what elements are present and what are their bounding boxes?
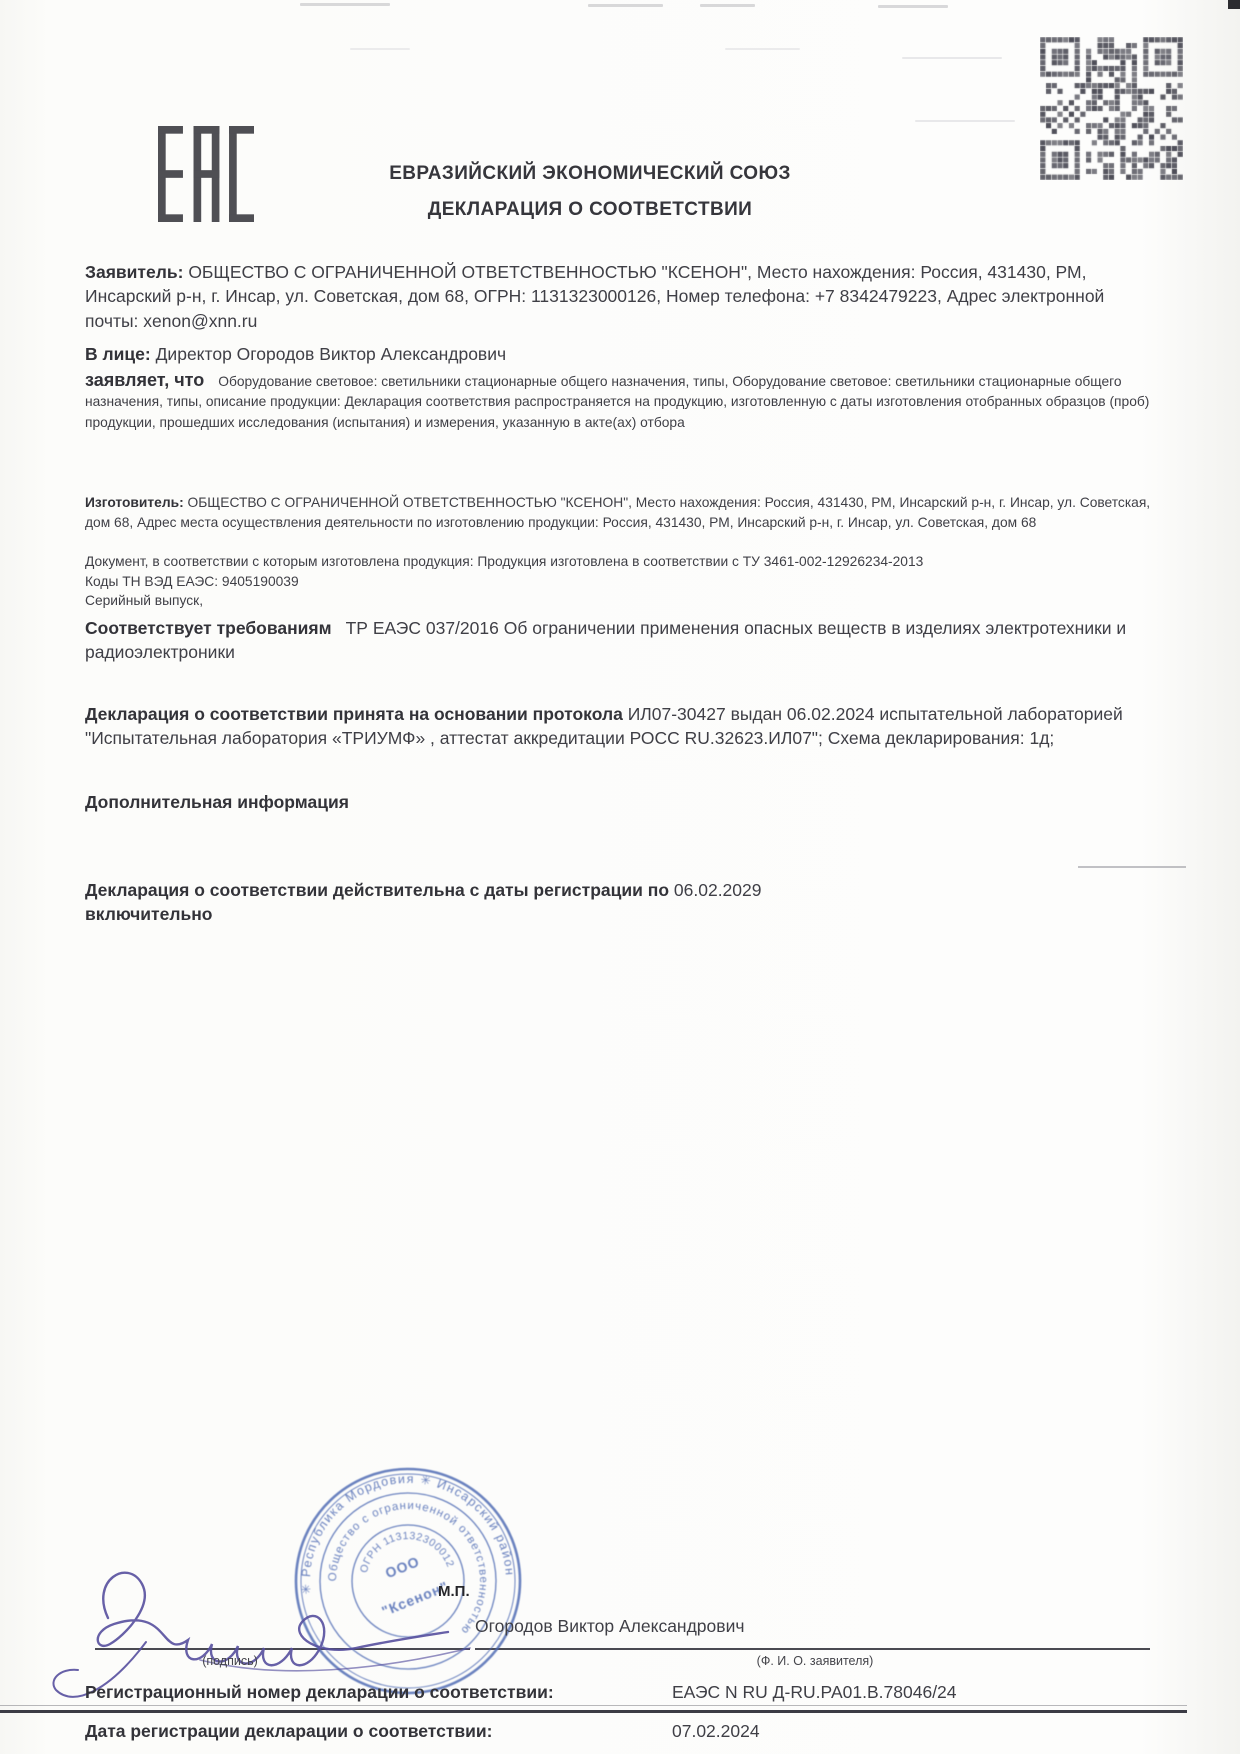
scan-artifact [902, 57, 1002, 59]
table-rule [0, 1710, 1187, 1713]
manufacturer-label: Изготовитель: [85, 495, 184, 510]
document-line: Документ, в соответствии с которым изгот… [85, 552, 1160, 573]
reg-number-label: Регистрационный номер декларации о соотв… [85, 1682, 554, 1703]
name-line [475, 1648, 1150, 1650]
applicant-text: ОБЩЕСТВО С ОГРАНИЧЕННОЙ ОТВЕТСТВЕННОСТЬЮ… [85, 262, 1104, 331]
scan-artifact [878, 5, 948, 8]
declaration-page: ЕВРАЗИЙСКИЙ ЭКОНОМИЧЕСКИЙ СОЮЗ ДЕКЛАРАЦИ… [0, 0, 1240, 1754]
seal-place-label: М.П. [438, 1583, 470, 1600]
tnved-line: Коды ТН ВЭД ЕАЭС: 9405190039 [85, 572, 1160, 593]
scan-artifact [700, 4, 755, 7]
validity-suffix: включительно [85, 904, 212, 924]
reg-number-value: ЕАЭС N RU Д-RU.РА01.В.78046/24 [672, 1682, 957, 1703]
qr-code [1040, 37, 1183, 180]
additional-info-heading: Дополнительная информация [85, 790, 1160, 815]
reg-date-value: 07.02.2024 [672, 1721, 760, 1742]
union-title: ЕВРАЗИЙСКИЙ ЭКОНОМИЧЕСКИЙ СОЮЗ [240, 163, 940, 185]
manufacturer-text: ОБЩЕСТВО С ОГРАНИЧЕННОЙ ОТВЕТСТВЕННОСТЬЮ… [85, 495, 1150, 531]
scan-artifact [725, 48, 800, 50]
scan-artifact [1228, 0, 1240, 9]
basis-label: Декларация о соответствии принята на осн… [85, 704, 623, 724]
serial-line: Серийный выпуск, [85, 591, 1160, 612]
validity-label: Декларация о соответствии действительна … [85, 880, 669, 900]
declaration-title: ДЕКЛАРАЦИЯ О СООТВЕТСТВИИ [240, 199, 940, 221]
signature-caption: (подпись) [150, 1654, 310, 1668]
scan-artifact [588, 4, 663, 7]
scan-artifact [915, 120, 1015, 122]
person-label: В лице: [85, 344, 151, 364]
declares-paragraph: заявляет, чтоОборудование световое: свет… [85, 370, 1160, 434]
additional-info-label: Дополнительная информация [85, 792, 349, 812]
applicant-paragraph: Заявитель: ОБЩЕСТВО С ОГРАНИЧЕННОЙ ОТВЕТ… [85, 260, 1160, 334]
scan-artifact [350, 48, 410, 50]
person-text: Директор Огородов Виктор Александрович [156, 344, 507, 364]
complies-label: Соответствует требованиям [85, 618, 332, 638]
scan-artifact [1078, 866, 1186, 868]
person-paragraph: В лице: Директор Огородов Виктор Алексан… [85, 342, 1160, 367]
applicant-label: Заявитель: [85, 262, 183, 282]
complies-paragraph: Соответствует требованиямТР ЕАЭС 037/201… [85, 616, 1160, 665]
declares-text: Оборудование световое: светильники стаци… [85, 374, 1149, 430]
validity-date: 06.02.2029 [674, 880, 762, 900]
scan-artifact [300, 3, 390, 6]
basis-paragraph: Декларация о соответствии принята на осн… [85, 702, 1160, 751]
declares-label: заявляет, что [85, 370, 204, 390]
validity-paragraph: Декларация о соответствии действительна … [85, 878, 1160, 927]
manufacturer-paragraph: Изготовитель: ОБЩЕСТВО С ОГРАНИЧЕННОЙ ОТ… [85, 493, 1160, 534]
fio-caption: (Ф. И. О. заявителя) [705, 1654, 925, 1668]
reg-date-label: Дата регистрации декларации о соответств… [85, 1721, 493, 1742]
applicant-name: Огородов Виктор Александрович [475, 1616, 744, 1637]
